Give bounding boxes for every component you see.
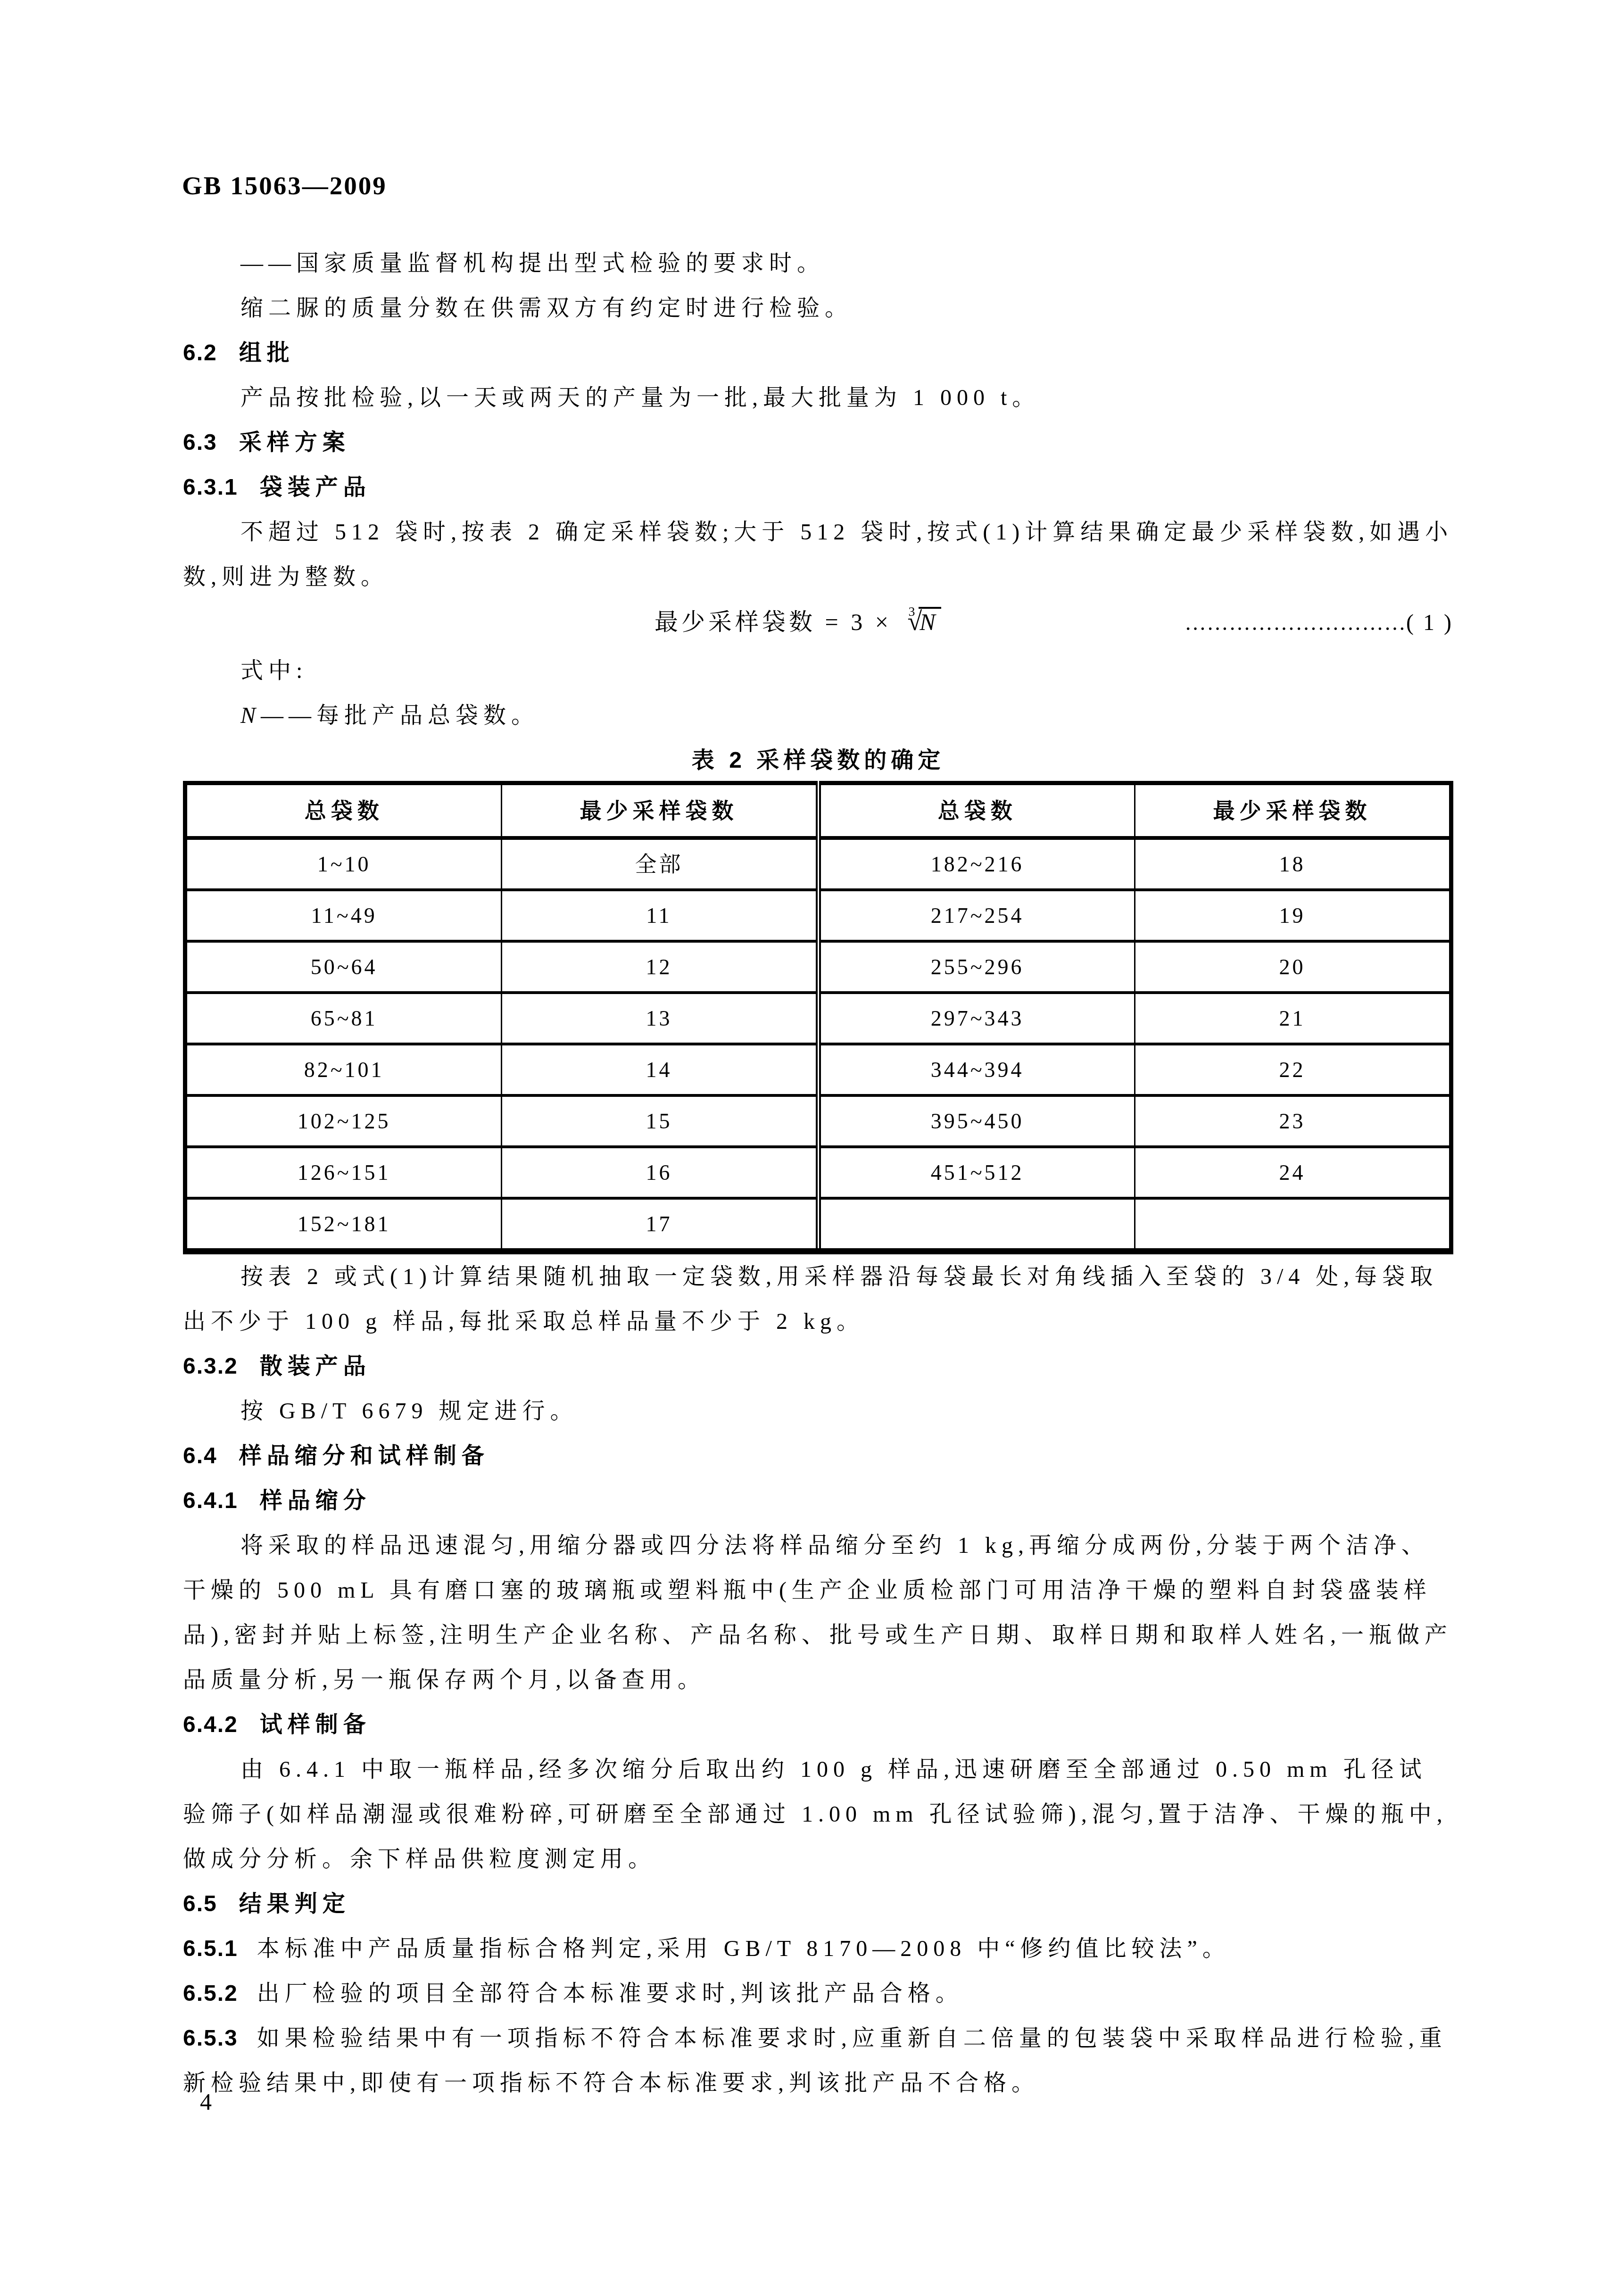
table-cell: 全部 — [502, 838, 818, 890]
page-number: 4 — [200, 2088, 212, 2115]
table-cell: 395~450 — [818, 1095, 1135, 1147]
table-row: 65~81 13 297~343 21 — [185, 993, 1451, 1044]
page-content: ——国家质量监督机构提出型式检验的要求时。 缩二脲的质量分数在供需双方有约定时进… — [183, 241, 1453, 2105]
section-number: 6.4.2 — [183, 1712, 238, 1737]
table-cell: 16 — [502, 1147, 818, 1198]
column-header-min-sample-bags-2: 最少采样袋数 — [1135, 783, 1451, 838]
section-6-4-1-heading: 6.4.1样品缩分 — [183, 1478, 1453, 1523]
clause-number: 6.5.2 — [183, 1981, 238, 2006]
clause-6-5-2: 6.5.2出厂检验的项目全部符合本标准要求时,判该批产品合格。 — [183, 1971, 1453, 2016]
formula-1-expression: 最少采样袋数 = 3 × 3√N — [655, 599, 941, 648]
table-cell: 23 — [1135, 1095, 1451, 1147]
formula-dot-leader: ………………………… — [1185, 600, 1406, 645]
table-cell: 451~512 — [818, 1147, 1135, 1198]
table-row: 11~49 11 217~254 19 — [185, 890, 1451, 941]
clause-number: 6.5.3 — [183, 2026, 238, 2051]
clause-text: 如果检验结果中有一项指标不符合本标准要求时,应重新自二倍量的包装袋中采取样品进行… — [183, 2026, 1447, 2096]
section-number: 6.3.1 — [183, 475, 238, 500]
table-row: 126~151 16 451~512 24 — [185, 1147, 1451, 1198]
where-label: 式中: — [183, 648, 1453, 693]
section-6-4-2-heading: 6.4.2试样制备 — [183, 1702, 1453, 1747]
table-cell: 82~101 — [185, 1044, 502, 1095]
table-row: 82~101 14 344~394 22 — [185, 1044, 1451, 1095]
section-number: 6.3 — [183, 430, 217, 455]
table-cell: 18 — [1135, 838, 1451, 890]
table-cell: 15 — [502, 1095, 818, 1147]
section-6-4-2-body: 由 6.4.1 中取一瓶样品,经多次缩分后取出约 100 g 样品,迅速研磨至全… — [183, 1747, 1453, 1882]
table-cell: 50~64 — [185, 941, 502, 993]
table-cell: 13 — [502, 993, 818, 1044]
table-cell: 297~343 — [818, 993, 1135, 1044]
clause-6-5-1: 6.5.1本标准中产品质量指标合格判定,采用 GB/T 8170—2008 中“… — [183, 1926, 1453, 1971]
table-cell: 14 — [502, 1044, 818, 1095]
section-title: 样品缩分和试样制备 — [239, 1443, 489, 1468]
section-number: 6.4.1 — [183, 1488, 238, 1513]
table-cell: 255~296 — [818, 941, 1135, 993]
table-cell: 12 — [502, 941, 818, 993]
section-6-3-heading: 6.3采样方案 — [183, 420, 1453, 465]
variable-n: N — [240, 703, 261, 728]
table-cell: 182~216 — [818, 838, 1135, 890]
section-6-3-2-heading: 6.3.2散装产品 — [183, 1344, 1453, 1389]
section-6-4-heading: 6.4样品缩分和试样制备 — [183, 1434, 1453, 1478]
table-cell: 22 — [1135, 1044, 1451, 1095]
table-row: 102~125 15 395~450 23 — [185, 1095, 1451, 1147]
section-6-5-heading: 6.5结果判定 — [183, 1882, 1453, 1926]
table-cell: 24 — [1135, 1147, 1451, 1198]
variable-n-description: ——每批产品总袋数。 — [261, 703, 539, 728]
table-cell: 152~181 — [185, 1198, 502, 1252]
table-row: 50~64 12 255~296 20 — [185, 941, 1451, 993]
section-6-4-1-body: 将采取的样品迅速混匀,用缩分器或四分法将样品缩分至约 1 kg,再缩分成两份,分… — [183, 1523, 1453, 1702]
root-index: 3 — [908, 605, 915, 619]
table-cell — [1135, 1198, 1451, 1252]
table-cell — [818, 1198, 1135, 1252]
table-cell: 1~10 — [185, 838, 502, 890]
table-cell: 17 — [502, 1198, 818, 1252]
clause-text: 出厂检验的项目全部符合本标准要求时,判该批产品合格。 — [257, 1981, 963, 2006]
where-n-definition: N——每批产品总袋数。 — [183, 693, 1453, 738]
formula-1-row: 最少采样袋数 = 3 × 3√N ………………………… ( 1 ) — [183, 599, 1453, 648]
standard-code-header: GB 15063—2009 — [182, 171, 387, 200]
column-header-total-bags-2: 总袋数 — [818, 783, 1135, 838]
clause-6-5-3: 6.5.3如果检验结果中有一项指标不符合本标准要求时,应重新自二倍量的包装袋中采… — [183, 2016, 1453, 2105]
section-title: 试样制备 — [260, 1712, 371, 1737]
table-cell: 19 — [1135, 890, 1451, 941]
table-cell: 20 — [1135, 941, 1451, 993]
table-cell: 344~394 — [818, 1044, 1135, 1095]
section-number: 6.4 — [183, 1443, 217, 1468]
table-cell: 102~125 — [185, 1095, 502, 1147]
table-cell: 217~254 — [818, 890, 1135, 941]
section-6-3-2-body: 按 GB/T 6679 规定进行。 — [183, 1389, 1453, 1434]
section-6-2-heading: 6.2组批 — [183, 331, 1453, 375]
section-title: 采样方案 — [239, 430, 350, 455]
section-6-2-body: 产品按批检验,以一天或两天的产量为一批,最大批量为 1 000 t。 — [183, 375, 1453, 420]
biuret-note: 缩二脲的质量分数在供需双方有约定时进行检验。 — [183, 286, 1453, 331]
table-cell: 11~49 — [185, 890, 502, 941]
clause-number: 6.5.1 — [183, 1936, 238, 1961]
table-cell: 65~81 — [185, 993, 502, 1044]
formula-number-label: ( 1 ) — [1406, 600, 1453, 645]
table-row: 1~10 全部 182~216 18 — [185, 838, 1451, 890]
cube-root-radical: 3√N — [901, 609, 941, 635]
section-6-3-1-body: 不超过 512 袋时,按表 2 确定采样袋数;大于 512 袋时,按式(1)计算… — [183, 510, 1453, 599]
section-title: 结果判定 — [239, 1891, 350, 1916]
clause-text: 本标准中产品质量指标合格判定,采用 GB/T 8170—2008 中“修约值比较… — [257, 1936, 1230, 1961]
table-2-sampling-bags: 总袋数 最少采样袋数 总袋数 最少采样袋数 1~10 全部 182~216 18… — [183, 781, 1453, 1254]
formula-lhs: 最少采样袋数 = 3 × — [655, 609, 892, 635]
section-title: 组批 — [239, 340, 295, 365]
sampling-procedure-paragraph: 按表 2 或式(1)计算结果随机抽取一定袋数,用采样器沿每袋最长对角线插入至袋的… — [183, 1254, 1453, 1344]
table-header-row: 总袋数 最少采样袋数 总袋数 最少采样袋数 — [185, 783, 1451, 838]
table-cell: 21 — [1135, 993, 1451, 1044]
section-title: 散装产品 — [260, 1354, 371, 1379]
column-header-total-bags-1: 总袋数 — [185, 783, 502, 838]
section-6-3-1-heading: 6.3.1袋装产品 — [183, 465, 1453, 510]
type-inspection-list-item: ——国家质量监督机构提出型式检验的要求时。 — [183, 241, 1453, 286]
section-number: 6.5 — [183, 1891, 217, 1916]
section-title: 样品缩分 — [260, 1488, 371, 1513]
table-2-caption: 表 2 采样袋数的确定 — [183, 738, 1453, 783]
table-cell: 126~151 — [185, 1147, 502, 1198]
section-title: 袋装产品 — [260, 475, 371, 500]
radicand-n: N — [919, 607, 941, 635]
table-row: 152~181 17 — [185, 1198, 1451, 1252]
document-page: GB 15063—2009 ——国家质量监督机构提出型式检验的要求时。 缩二脲的… — [0, 0, 1624, 2296]
column-header-min-sample-bags-1: 最少采样袋数 — [502, 783, 818, 838]
table-cell: 11 — [502, 890, 818, 941]
section-number: 6.3.2 — [183, 1354, 238, 1379]
section-number: 6.2 — [183, 340, 217, 365]
